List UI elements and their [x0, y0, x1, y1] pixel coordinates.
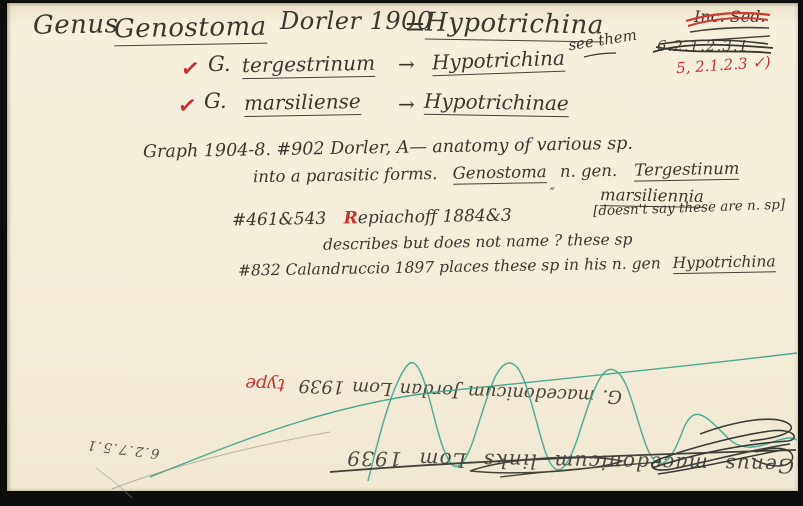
red-checkmark-icon: ✓	[176, 92, 198, 120]
new-genus-name: Genostoma	[452, 162, 546, 185]
species-target: Hypotrichinae	[424, 89, 569, 118]
reference-number: #461&543	[232, 209, 327, 231]
author-rest: epiachoff 1884&3	[358, 206, 512, 229]
reference-line-2-lead: into a parasitic forms.	[253, 164, 438, 186]
species-epithet: tergestrinum	[242, 51, 375, 79]
author-initial-red: R	[344, 208, 358, 228]
new-genus-label: n. gen.	[560, 161, 618, 181]
genus-name: Genostoma	[114, 12, 267, 47]
equals-sign: =	[404, 12, 426, 42]
species-target: Hypotrichina	[432, 46, 566, 77]
hypotrichina-name: Hypotrichina	[673, 252, 776, 274]
red-checkmark-icon: ✓	[179, 55, 201, 83]
arrow-icon: →	[398, 52, 415, 76]
incertae-sedis-label: Inc. Sed.	[694, 7, 766, 26]
genus-word: Genus	[33, 9, 119, 40]
crossed-code: 6.2.1.2.3.1	[657, 37, 749, 55]
ditto-mark: ″	[550, 186, 555, 201]
species-one-name: Tergestinum	[634, 159, 739, 182]
scanned-index-card: Genus Genostoma Dorler 1900 = Hypotrichi…	[0, 0, 803, 506]
species-epithet: marsiliense	[244, 89, 361, 117]
species-abbrev: G.	[204, 89, 227, 113]
arrow-icon: →	[398, 92, 415, 116]
species-abbrev: G.	[208, 52, 231, 76]
type-label: type	[245, 373, 285, 395]
